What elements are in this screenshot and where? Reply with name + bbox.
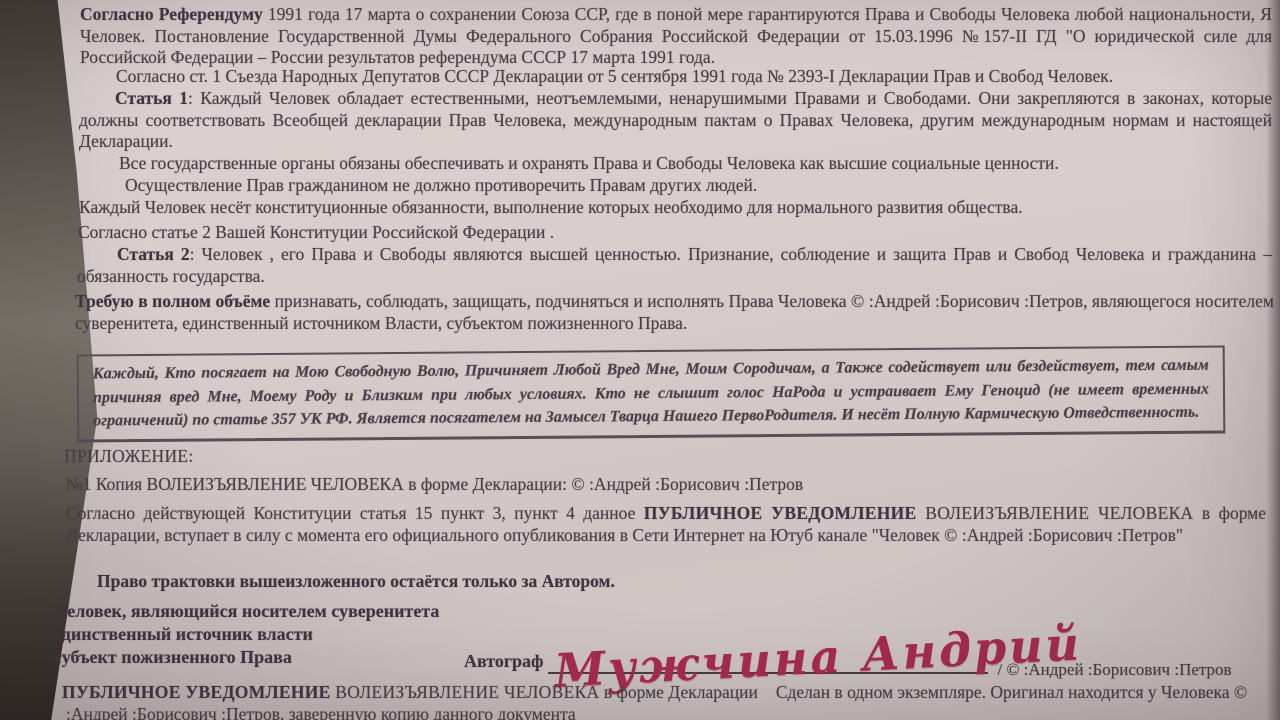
paragraph-referendum-lead: Согласно Референдуму	[80, 4, 263, 24]
paragraph-exercise-rights: Осуществление Прав гражданином не должно…	[79, 175, 1272, 197]
paragraph-article2: Статья 2: Человек , его Права и Свободы …	[77, 244, 1272, 287]
signer-line-3: субъект пожизненного Права	[54, 646, 474, 669]
appendix-title: ПРИЛОЖЕНИЕ:	[64, 446, 194, 468]
signature-suffix: / © :Андрей :Борисович :Петров	[998, 660, 1232, 680]
paragraph-referendum: Согласно Референдуму 1991 года 17 марта …	[80, 4, 1272, 69]
appendix-item: №1 Копия ВОЛЕИЗЪЯВЛЕНИЕ ЧЕЛОВЕКА в форме…	[66, 474, 1266, 496]
signature-line: Мужчина Андрий	[548, 616, 988, 674]
footer-bold: ПУБЛИЧНОЕ УВЕДОМЛЕНИЕ	[62, 682, 331, 702]
footer-cut-line: :Андрей :Борисович :Петров, заверенную к…	[66, 704, 1266, 720]
public-notice-caps: ВОЛЕИЗЪЯВЛЕНИЕ ЧЕЛОВЕКА	[917, 503, 1194, 523]
footer-copies-note: Сделан в одном экземпляре. Оригинал нахо…	[776, 682, 1247, 702]
signer-line-2: единственный источник власти	[54, 623, 474, 646]
paragraph-article1-lead: Статья 1	[115, 88, 188, 108]
paragraph-state-organs: Все государственные органы обязаны обесп…	[79, 153, 1272, 175]
paragraph-public-notice: Согласно действующей Конституции статья …	[66, 503, 1266, 546]
paragraph-author-rights: Право трактовки вышеизложенного остаётся…	[97, 571, 1247, 593]
paragraph-sezd: Согласно ст. 1 Съезда Народных Депутатов…	[80, 66, 1272, 88]
paragraph-article2-text: : Человек , его Права и Свободы являются…	[77, 244, 1272, 286]
paragraph-demand: Требую в полном объёме признавать, соблю…	[75, 291, 1274, 334]
boxed-warning-paragraph: Каждый, Кто посягает на Мою Свободную Во…	[77, 345, 1226, 442]
autograph-row: Автограф Мужчина Андрий / © :Андрей :Бор…	[464, 612, 1232, 674]
paragraph-article2-intro: Согласно статье 2 Вашей Конституции Росс…	[78, 222, 1272, 244]
document-content: Согласно Референдуму 1991 года 17 марта …	[0, 0, 1280, 720]
public-notice-bold: ПУБЛИЧНОЕ УВЕДОМЛЕНИЕ	[644, 503, 917, 523]
footer-public-notice: ПУБЛИЧНОЕ УВЕДОМЛЕНИЕ ВОЛЕИЗЪЯВЛЕНИЕ ЧЕЛ…	[62, 682, 1274, 704]
paragraph-article1-text: : Каждый Человек обладает естественными,…	[79, 88, 1272, 151]
autograph-label: Автограф	[464, 651, 544, 674]
footer-caps: ВОЛЕИЗЪЯВЛЕНИЕ ЧЕЛОВЕКА	[331, 682, 600, 702]
paragraph-article2-lead: Статья 2	[117, 244, 190, 264]
paragraph-demand-lead: Требую в полном объёме	[75, 291, 270, 311]
paragraph-article1: Статья 1: Каждый Человек обладает естест…	[79, 88, 1272, 153]
signer-line-1: Человек, являющийся носителем суверените…	[54, 600, 474, 623]
photo-frame: Согласно Референдуму 1991 года 17 марта …	[0, 0, 1280, 720]
paragraph-duties: Каждый Человек несёт конституционные обя…	[79, 197, 1272, 219]
public-notice-pre: Согласно действующей Конституции статья …	[66, 503, 644, 523]
footer-rest: в форме Декларации	[600, 682, 758, 702]
signer-block: Человек, являющийся носителем суверените…	[54, 600, 474, 669]
